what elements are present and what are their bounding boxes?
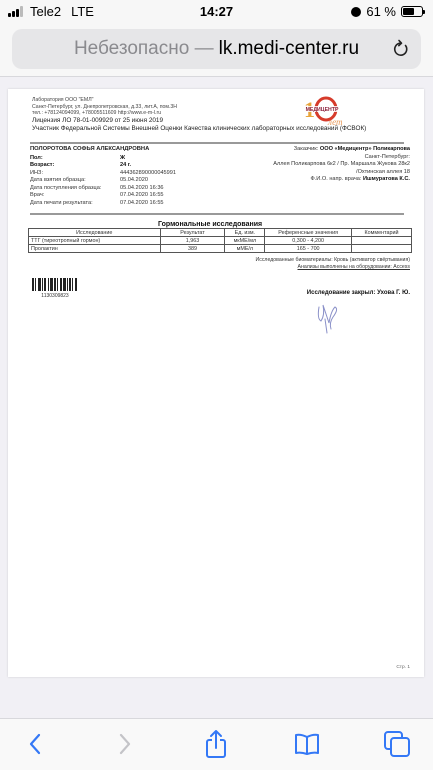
battery-percent: 61 % <box>366 4 396 19</box>
svg-text:МЕДИЦЕНТР: МЕДИЦЕНТР <box>306 107 339 113</box>
share-button[interactable] <box>201 729 231 759</box>
share-icon <box>203 729 229 759</box>
table-row: ТТГ (тиреотропный гормон) 1,963 мкМЕ/мл … <box>29 237 412 245</box>
medicenter-logo: 1 МЕДИЦЕНТР лет <box>294 95 350 131</box>
doctor-name: Ишмуратова К.С. <box>363 176 410 182</box>
customer-info: Заказчик: ООО «Медицентр» Поликарпова Са… <box>200 146 410 184</box>
book-icon <box>293 732 321 756</box>
biomaterial-note: Исследованные биоматериалы: Кровь (актив… <box>256 257 411 263</box>
doctor-label: Ф.И.О. напр. врача: <box>310 176 361 182</box>
customer-address-2: /Охтинская аллея 18 <box>200 169 410 177</box>
security-label: Небезопасно — <box>74 38 214 60</box>
reload-icon[interactable] <box>391 39 411 59</box>
table-header-row: Исследование Результат Ед. изм. Референс… <box>29 229 412 237</box>
chevron-right-icon <box>117 732 133 756</box>
alarm-icon <box>351 7 361 17</box>
battery-icon <box>401 6 423 17</box>
chevron-left-icon <box>27 732 43 756</box>
page-number: Стр. 1 <box>396 665 410 670</box>
customer-address-1: Аллея Поликарпова 6к2 / Пр. Маршала Жуко… <box>200 161 410 169</box>
table-row: Пролактин 389 мМЕ/л 165 - 700 <box>29 245 412 253</box>
tabs-button[interactable] <box>382 729 412 759</box>
divider <box>30 213 404 215</box>
lab-contacts: тел.: +78124094099, +78005511609 http://… <box>32 110 177 117</box>
closed-by: Исследование закрыл: Ухова Г. Ю. <box>307 290 410 296</box>
tabs-icon <box>383 730 411 758</box>
field-row: Дата поступления образца:05.04.2020 16:3… <box>30 185 230 193</box>
equipment-note: Анализы выполнены на оборудовании: Acces… <box>298 264 411 270</box>
browser-toolbar <box>0 718 433 770</box>
divider <box>30 142 404 144</box>
status-bar: Tele2 LTE 14:27 61 % <box>0 0 433 24</box>
lab-header: Лаборатория ООО "ЕМЛ" Санкт-Петербург, у… <box>32 97 177 117</box>
field-row: Врач:07.04.2020 16:55 <box>30 192 230 200</box>
results-table: Исследование Результат Ед. изм. Референс… <box>28 228 412 253</box>
customer-label: Заказчик: <box>294 146 319 152</box>
back-button[interactable] <box>20 729 50 759</box>
customer-city: Санкт-Петербург: <box>200 154 410 162</box>
svg-text:лет: лет <box>327 117 343 127</box>
browser-header: Небезопасно — lk.medi-center.ru <box>0 24 433 77</box>
field-row: Дата печати результата:07.04.2020 16:55 <box>30 200 230 208</box>
lab-report-document: Лаборатория ООО "ЕМЛ" Санкт-Петербург, у… <box>8 89 424 677</box>
address-bar[interactable]: Небезопасно — lk.medi-center.ru <box>12 29 421 69</box>
barcode <box>32 278 78 291</box>
battery-info: 61 % <box>351 4 423 19</box>
customer-name: ООО «Медицентр» Поликарпова <box>320 146 410 152</box>
bookmarks-button[interactable] <box>292 729 322 759</box>
section-title: Гормональные исследования <box>158 221 262 228</box>
barcode-number: 1130309823 <box>32 293 78 299</box>
url-domain: lk.medi-center.ru <box>219 38 359 60</box>
signature <box>313 297 343 337</box>
forward-button[interactable] <box>110 729 140 759</box>
